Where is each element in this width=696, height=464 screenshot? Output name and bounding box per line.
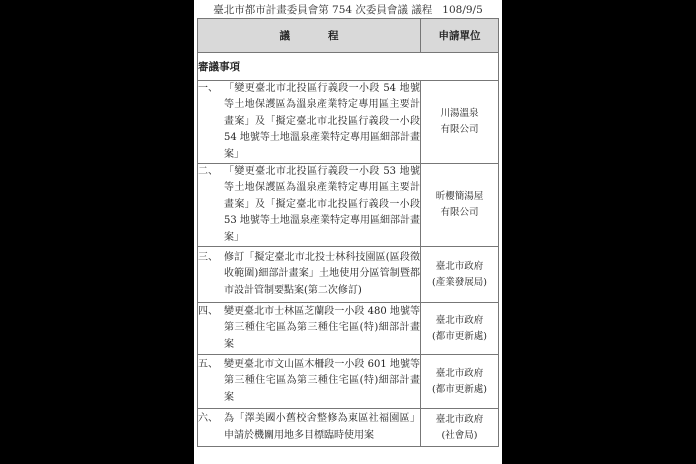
applicant-unit: 昕櫻簡湯屋 有限公司 [421, 164, 499, 247]
document-title: 臺北市都市計畫委員會第 754 次委員會議 議程108/9/5 [194, 2, 502, 18]
header-applicant-unit: 申請單位 [421, 19, 499, 53]
document-page: 臺北市都市計畫委員會第 754 次委員會議 議程108/9/5 議程 申請單位 … [194, 0, 502, 464]
agenda-item: 六、 為「澤美國小舊校舍整修為東區社福園區」申請於機關用地多目標臨時使用案 [198, 409, 421, 447]
item-number: 一、 [198, 81, 224, 163]
agenda-item: 一、 「變更臺北市北投區行義段一小段 54 地號等土地保護區為溫泉產業特定專用區… [198, 81, 421, 164]
agenda-item: 三、 修訂「擬定臺北市北投士林科技園區(區段徵收範圍)細部計畫案」土地使用分區管… [198, 247, 421, 303]
item-number: 三、 [198, 250, 224, 299]
unit-line-2: (社會局) [421, 428, 498, 444]
unit-line-2: (產業發展局) [421, 275, 498, 291]
meeting-date: 108/9/5 [442, 4, 482, 16]
applicant-unit: 臺北市政府 (產業發展局) [421, 247, 499, 303]
item-text: 為「澤美國小舊校舍整修為東區社福園區」申請於機關用地多目標臨時使用案 [224, 411, 420, 444]
agenda-item: 四、 變更臺北市士林區芝蘭段一小段 480 地號等第三種住宅區為第三種住宅區(特… [198, 303, 421, 355]
agenda-item: 五、 變更臺北市文山區木柵段一小段 601 地號等第三種住宅區為第三種住宅區(特… [198, 355, 421, 409]
unit-line-1: 川湯溫泉 [421, 106, 498, 122]
item-text: 變更臺北市文山區木柵段一小段 601 地號等第三種住宅區為第三種住宅區(特)細部… [224, 357, 420, 406]
unit-line-1: 臺北市政府 [421, 366, 498, 382]
item-text: 修訂「擬定臺北市北投士林科技園區(區段徵收範圍)細部計畫案」土地使用分區管制暨都… [224, 250, 420, 299]
agenda-table: 議程 申請單位 審議事項 一、 「變更臺北市北投區行義段一小段 54 地號等土地… [197, 18, 499, 447]
item-number: 二、 [198, 164, 224, 246]
unit-line-1: 臺北市政府 [421, 259, 498, 275]
table-row: 二、 「變更臺北市北投區行義段一小段 53 地號等土地保護區為溫泉產業特定專用區… [198, 164, 499, 247]
header-row: 議程 申請單位 [198, 19, 499, 53]
unit-line-2: (都市更新處) [421, 382, 498, 398]
table-row: 一、 「變更臺北市北投區行義段一小段 54 地號等土地保護區為溫泉產業特定專用區… [198, 81, 499, 164]
applicant-unit: 川湯溫泉 有限公司 [421, 81, 499, 164]
header-agenda: 議程 [198, 19, 421, 53]
item-number: 六、 [198, 411, 224, 444]
unit-line-1: 昕櫻簡湯屋 [421, 189, 498, 205]
item-number: 五、 [198, 357, 224, 406]
unit-line-1: 臺北市政府 [421, 313, 498, 329]
table-row: 四、 變更臺北市士林區芝蘭段一小段 480 地號等第三種住宅區為第三種住宅區(特… [198, 303, 499, 355]
agenda-item: 二、 「變更臺北市北投區行義段一小段 53 地號等土地保護區為溫泉產業特定專用區… [198, 164, 421, 247]
item-number: 四、 [198, 304, 224, 353]
table-row: 六、 為「澤美國小舊校舍整修為東區社福園區」申請於機關用地多目標臨時使用案 臺北… [198, 409, 499, 447]
table-row: 三、 修訂「擬定臺北市北投士林科技園區(區段徵收範圍)細部計畫案」土地使用分區管… [198, 247, 499, 303]
unit-line-2: 有限公司 [421, 205, 498, 221]
section-label: 審議事項 [198, 53, 499, 81]
unit-line-2: 有限公司 [421, 122, 498, 138]
unit-line-2: (都市更新處) [421, 329, 498, 345]
item-text: 「變更臺北市北投區行義段一小段 53 地號等土地保護區為溫泉產業特定專用區主要計… [224, 164, 420, 246]
applicant-unit: 臺北市政府 (都市更新處) [421, 303, 499, 355]
applicant-unit: 臺北市政府 (都市更新處) [421, 355, 499, 409]
meeting-title: 臺北市都市計畫委員會第 754 次委員會議 議程 [213, 4, 432, 16]
applicant-unit: 臺北市政府 (社會局) [421, 409, 499, 447]
section-row: 審議事項 [198, 53, 499, 81]
item-text: 變更臺北市士林區芝蘭段一小段 480 地號等第三種住宅區為第三種住宅區(特)細部… [224, 304, 420, 353]
item-text: 「變更臺北市北投區行義段一小段 54 地號等土地保護區為溫泉產業特定專用區主要計… [224, 81, 420, 163]
unit-line-1: 臺北市政府 [421, 412, 498, 428]
table-row: 五、 變更臺北市文山區木柵段一小段 601 地號等第三種住宅區為第三種住宅區(特… [198, 355, 499, 409]
